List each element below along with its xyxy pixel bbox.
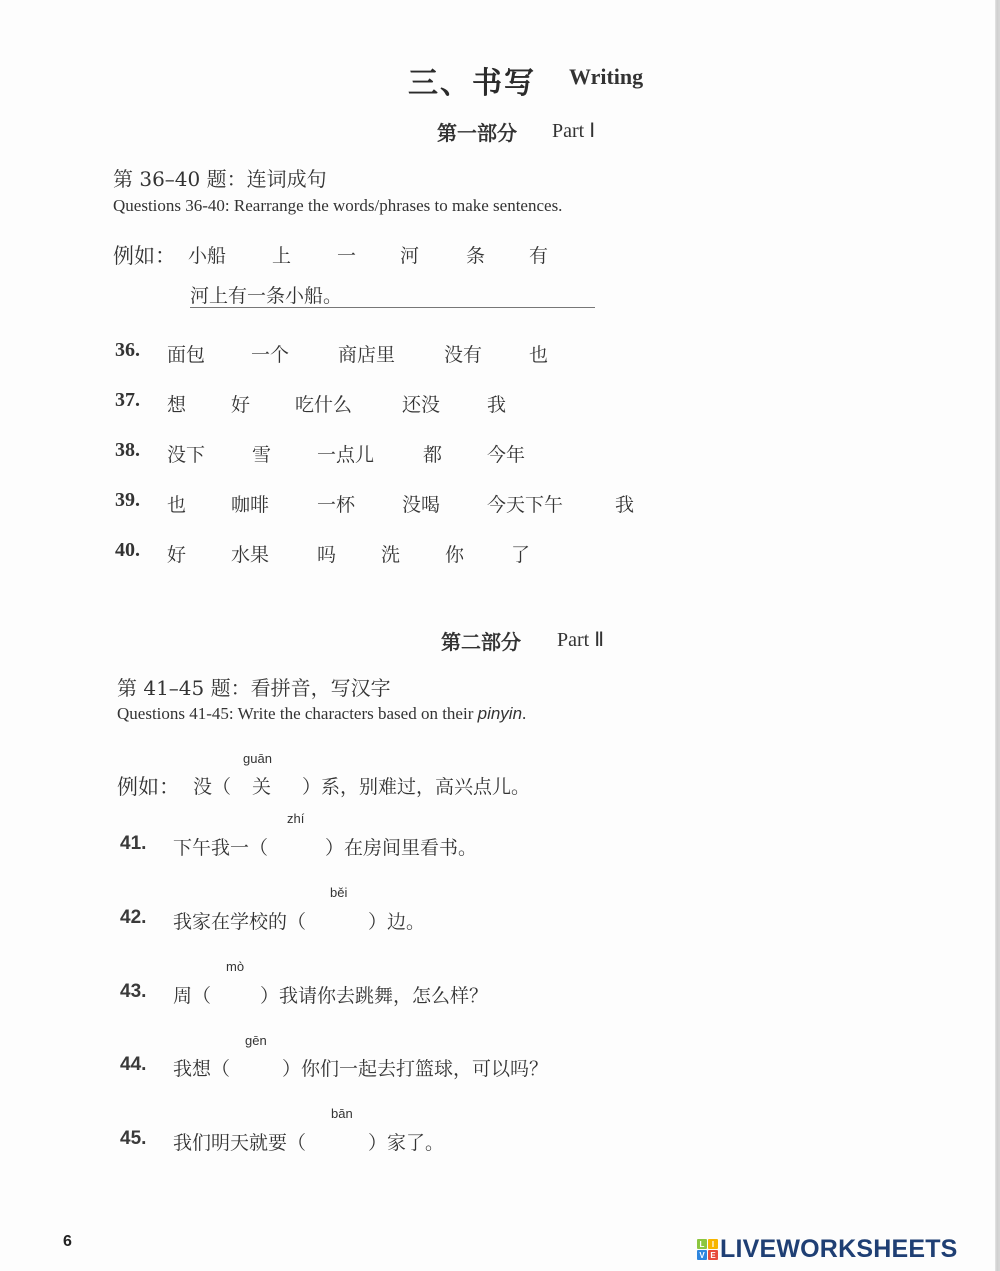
answer-input-42[interactable] <box>320 906 370 932</box>
pinyin-hint: gēn <box>245 1033 267 1048</box>
example-before: 没（ <box>193 772 231 799</box>
page-number: 6 <box>63 1233 72 1251</box>
word-tile[interactable]: 我 <box>615 490 634 517</box>
example-word: 条 <box>466 241 485 268</box>
question-number: 42. <box>120 907 146 929</box>
live-tiles-icon: L I V E <box>697 1239 718 1260</box>
word-tile[interactable]: 吗 <box>317 540 336 567</box>
sentence-before: 我们明天就要（ <box>173 1128 306 1155</box>
part2-instruction-cn: 第 41–45 题：看拼音，写汉字 <box>117 672 391 701</box>
word-tile[interactable]: 我 <box>487 390 506 417</box>
part2-instruction-en: Questions 41-45: Write the characters ba… <box>117 704 526 724</box>
sentence-after: ）在房间里看书。 <box>325 833 477 860</box>
part1-instruction-cn: 第 36–40 题：连词成句 <box>113 163 327 192</box>
example-word: 小船 <box>188 241 226 268</box>
part1-example-label: 例如： <box>113 240 176 270</box>
brand-name: LIVEWORKSHEETS <box>720 1235 958 1264</box>
example-answer: 关 <box>252 772 271 799</box>
word-tile[interactable]: 想 <box>167 390 186 417</box>
tile-e: E <box>708 1250 718 1260</box>
word-tile[interactable]: 面包 <box>167 340 205 367</box>
word-tile[interactable]: 好 <box>167 540 186 567</box>
tile-v: V <box>697 1250 707 1260</box>
pinyin-hint: zhí <box>287 811 304 826</box>
sentence-after: ）我请你去跳舞，怎么样？ <box>260 981 488 1008</box>
word-tile[interactable]: 也 <box>167 490 186 517</box>
example-word: 有 <box>529 241 548 268</box>
tile-i: I <box>708 1239 718 1249</box>
word-tile[interactable]: 都 <box>423 440 442 467</box>
answer-input-45[interactable] <box>320 1127 370 1153</box>
part2-heading-en: Part Ⅱ <box>557 627 604 652</box>
word-tile[interactable]: 没下 <box>167 440 205 467</box>
pinyin-hint: běi <box>330 885 347 900</box>
word-tile[interactable]: 吃什么 <box>295 390 352 417</box>
page-edge-shadow <box>995 0 1000 1271</box>
word-tile[interactable]: 一点儿 <box>317 440 374 467</box>
example-answer: 河上有一条小船。 <box>190 281 342 308</box>
sentence-after: ）你们一起去打篮球，可以吗？ <box>282 1054 548 1081</box>
word-tile[interactable]: 了 <box>511 540 530 567</box>
example-word: 一 <box>337 241 356 268</box>
sentence-before: 我家在学校的（ <box>173 907 306 934</box>
word-tile[interactable]: 商店里 <box>338 340 395 367</box>
sentence-after: ）边。 <box>368 907 425 934</box>
sentence-before: 下午我一（ <box>173 833 268 860</box>
word-tile[interactable]: 好 <box>231 390 250 417</box>
word-tile[interactable]: 今年 <box>487 440 525 467</box>
liveworksheets-logo[interactable]: L I V E LIVEWORKSHEETS <box>697 1235 958 1264</box>
pinyin-hint: bān <box>331 1106 353 1121</box>
question-number: 40. <box>115 539 140 562</box>
word-tile[interactable]: 雪 <box>252 440 271 467</box>
word-tile[interactable]: 洗 <box>381 540 400 567</box>
answer-input-44[interactable] <box>235 1053 285 1079</box>
pinyin-hint: mò <box>226 959 244 974</box>
question-number: 37. <box>115 389 140 412</box>
pinyin-hint: guān <box>243 751 272 766</box>
word-tile[interactable]: 你 <box>445 540 464 567</box>
question-number: 38. <box>115 439 140 462</box>
word-tile[interactable]: 没有 <box>444 340 482 367</box>
question-number: 36. <box>115 339 140 362</box>
part2-example-label: 例如： <box>117 771 180 801</box>
part2-heading-cn: 第二部分 <box>441 626 521 655</box>
question-number: 41. <box>120 833 146 855</box>
word-tile[interactable]: 一个 <box>251 340 289 367</box>
example-after: ）系，别难过，高兴点儿。 <box>302 772 530 799</box>
word-tile[interactable]: 没喝 <box>402 490 440 517</box>
word-tile[interactable]: 也 <box>529 340 548 367</box>
example-word: 河 <box>400 241 419 268</box>
answer-input-41[interactable] <box>278 832 328 858</box>
answer-input-43[interactable] <box>214 980 264 1006</box>
section-title-cn: 三、书写 <box>408 58 536 102</box>
part1-heading-cn: 第一部分 <box>437 117 517 146</box>
sentence-before: 我想（ <box>173 1054 230 1081</box>
part1-heading-en: Part Ⅰ <box>552 118 595 143</box>
example-answer-underline <box>190 307 595 308</box>
section-title-en: Writing <box>569 64 643 90</box>
word-tile[interactable]: 一杯 <box>317 490 355 517</box>
example-word: 上 <box>272 241 291 268</box>
question-number: 44. <box>120 1054 146 1076</box>
question-number: 43. <box>120 981 146 1003</box>
word-tile[interactable]: 咖啡 <box>231 490 269 517</box>
word-tile[interactable]: 还没 <box>402 390 440 417</box>
sentence-before: 周（ <box>173 981 211 1008</box>
question-number: 39. <box>115 489 140 512</box>
tile-l: L <box>697 1239 707 1249</box>
word-tile[interactable]: 水果 <box>231 540 269 567</box>
word-tile[interactable]: 今天下午 <box>487 490 563 517</box>
question-number: 45. <box>120 1128 146 1150</box>
sentence-after: ）家了。 <box>368 1128 444 1155</box>
part1-instruction-en: Questions 36-40: Rearrange the words/phr… <box>113 196 562 216</box>
